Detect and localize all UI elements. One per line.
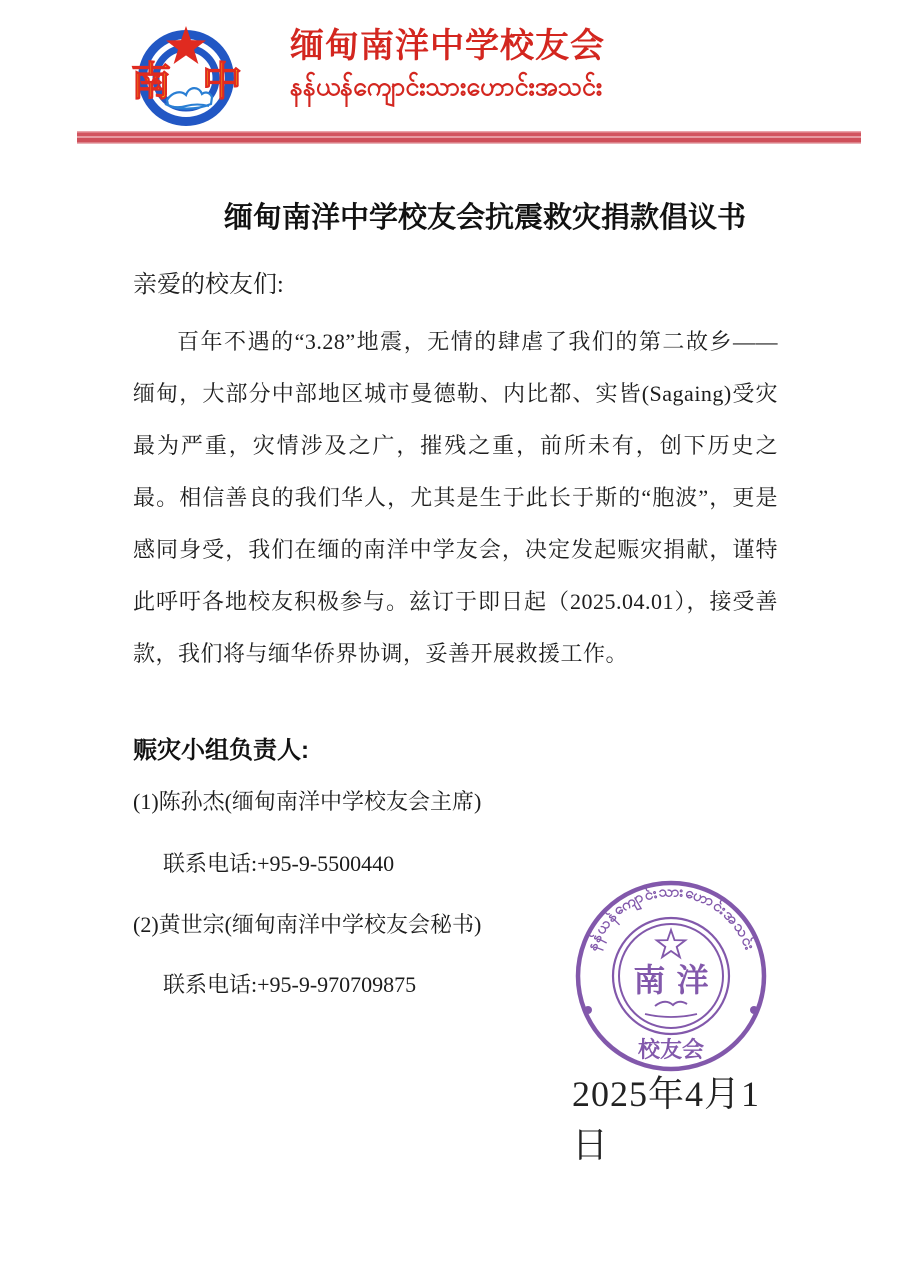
stamp-bottom-text: 校友会: [637, 1037, 704, 1063]
org-name-burmese: နန်ယန်ကျောင်းသားဟောင်းအသင်း: [290, 70, 710, 104]
org-name-chinese: 缅甸南洋中学校友会: [290, 26, 710, 66]
logo-char-left: 南: [131, 59, 171, 105]
document-title: 缅甸南洋中学校友会抗震救灾捐款倡议书: [60, 195, 905, 236]
stamp-right-dot: [750, 1006, 758, 1014]
school-logo: 南 中: [131, 20, 241, 126]
body-paragraph: 百年不遇的“3.28”地震，无情的肆虐了我们的第二故乡——缅甸，大部分中部地区城…: [133, 316, 778, 680]
logo-char-right: 中: [202, 59, 241, 105]
salutation: 亲爱的校友们:: [133, 264, 284, 299]
document-date: 2025年4月1日: [572, 1066, 792, 1168]
contact-2-phone: 联系电话:+95-9-970709875: [163, 968, 416, 999]
stamp-star-icon: [657, 930, 686, 957]
contact-1-name: (1)陈孙杰(缅甸南洋中学校友会主席): [133, 785, 481, 816]
contact-1-phone: 联系电话:+95-9-5500440: [163, 847, 394, 878]
contact-2-name: (2)黄世宗(缅甸南洋中学校友会秘书): [133, 908, 481, 939]
stamp-left-dot: [584, 1006, 592, 1014]
alumni-association-stamp: နန်ယန်ကျောင်းသားဟောင်းအသင်း 南 洋 校友会: [568, 878, 774, 1074]
header-divider-line: [77, 131, 861, 144]
org-names: 缅甸南洋中学校友会 နန်ယန်ကျောင်းသားဟောင်းအသင်း: [290, 26, 710, 104]
letter-page: 南 中 缅甸南洋中学校友会 နန်ယန်ကျောင်းသားဟောင်းအသင်…: [0, 0, 905, 1280]
stamp-bird-icon: [645, 1002, 697, 1017]
stamp-center-text: 南 洋: [633, 961, 708, 999]
team-heading: 赈灾小组负责人:: [133, 730, 309, 765]
